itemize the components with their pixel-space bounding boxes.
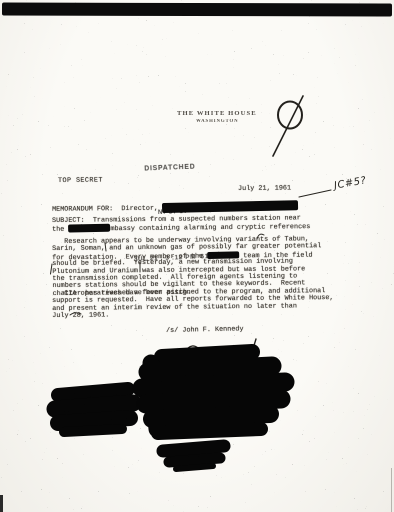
pen-slash-mark	[247, 339, 256, 368]
text-segment: MEMORANDUM FOR: Director,	[52, 205, 162, 214]
text-segment: July 28, 1961.	[52, 312, 109, 321]
inline-redaction-bar	[162, 200, 298, 213]
classification-label: TOP SECRET	[58, 178, 103, 186]
text-segment: the	[52, 226, 68, 234]
pen-arc-mark	[184, 346, 201, 353]
blob-pen-marks	[184, 339, 274, 381]
body-paragraph-2: CIA operatives have been assigned to the…	[52, 288, 334, 321]
inline-redaction-bar	[68, 224, 110, 233]
redaction-blob-bottom	[163, 446, 224, 469]
scan-edge-artifact-left	[0, 495, 3, 512]
typed-line: MEMORANDUM FOR: Director,	[52, 201, 298, 211]
text-segment: mbassy containing alarming and cryptic r…	[110, 223, 310, 233]
stamp-line-dispatched: DISPATCHED	[144, 162, 238, 173]
redaction-blob-large	[142, 352, 285, 433]
pen-hook-mark	[271, 369, 274, 381]
redaction-blob-left	[55, 389, 133, 432]
date-label: July 21, 1961	[238, 185, 291, 193]
signature-line: /s/ John F. Kennedy	[166, 326, 244, 335]
scan-edge-artifact-right	[391, 468, 392, 512]
letterhead-subtitle: WASHINGTON	[196, 119, 239, 124]
scan-edge-artifact-top	[2, 2, 392, 16]
phi-pen-mark-icon	[273, 96, 303, 156]
subject-block: SUBJECT: Transmissions from a suspected …	[52, 215, 310, 232]
memo-for-line: MEMORANDUM FOR: Director,	[52, 201, 298, 211]
annotation-leader-line	[299, 190, 331, 197]
typed-line: the mbassy containing alarming and crypt…	[52, 223, 310, 233]
inline-redaction-bar	[207, 251, 239, 259]
scanned-memo-page: THE WHITE HOUSE WASHINGTON DISPATCHED N.…	[0, 0, 394, 512]
typed-line: July 28, 1961.	[52, 310, 333, 320]
letterhead-title: THE WHITE HOUSE	[177, 110, 257, 117]
handwritten-annotation: JC#5?	[333, 175, 367, 191]
